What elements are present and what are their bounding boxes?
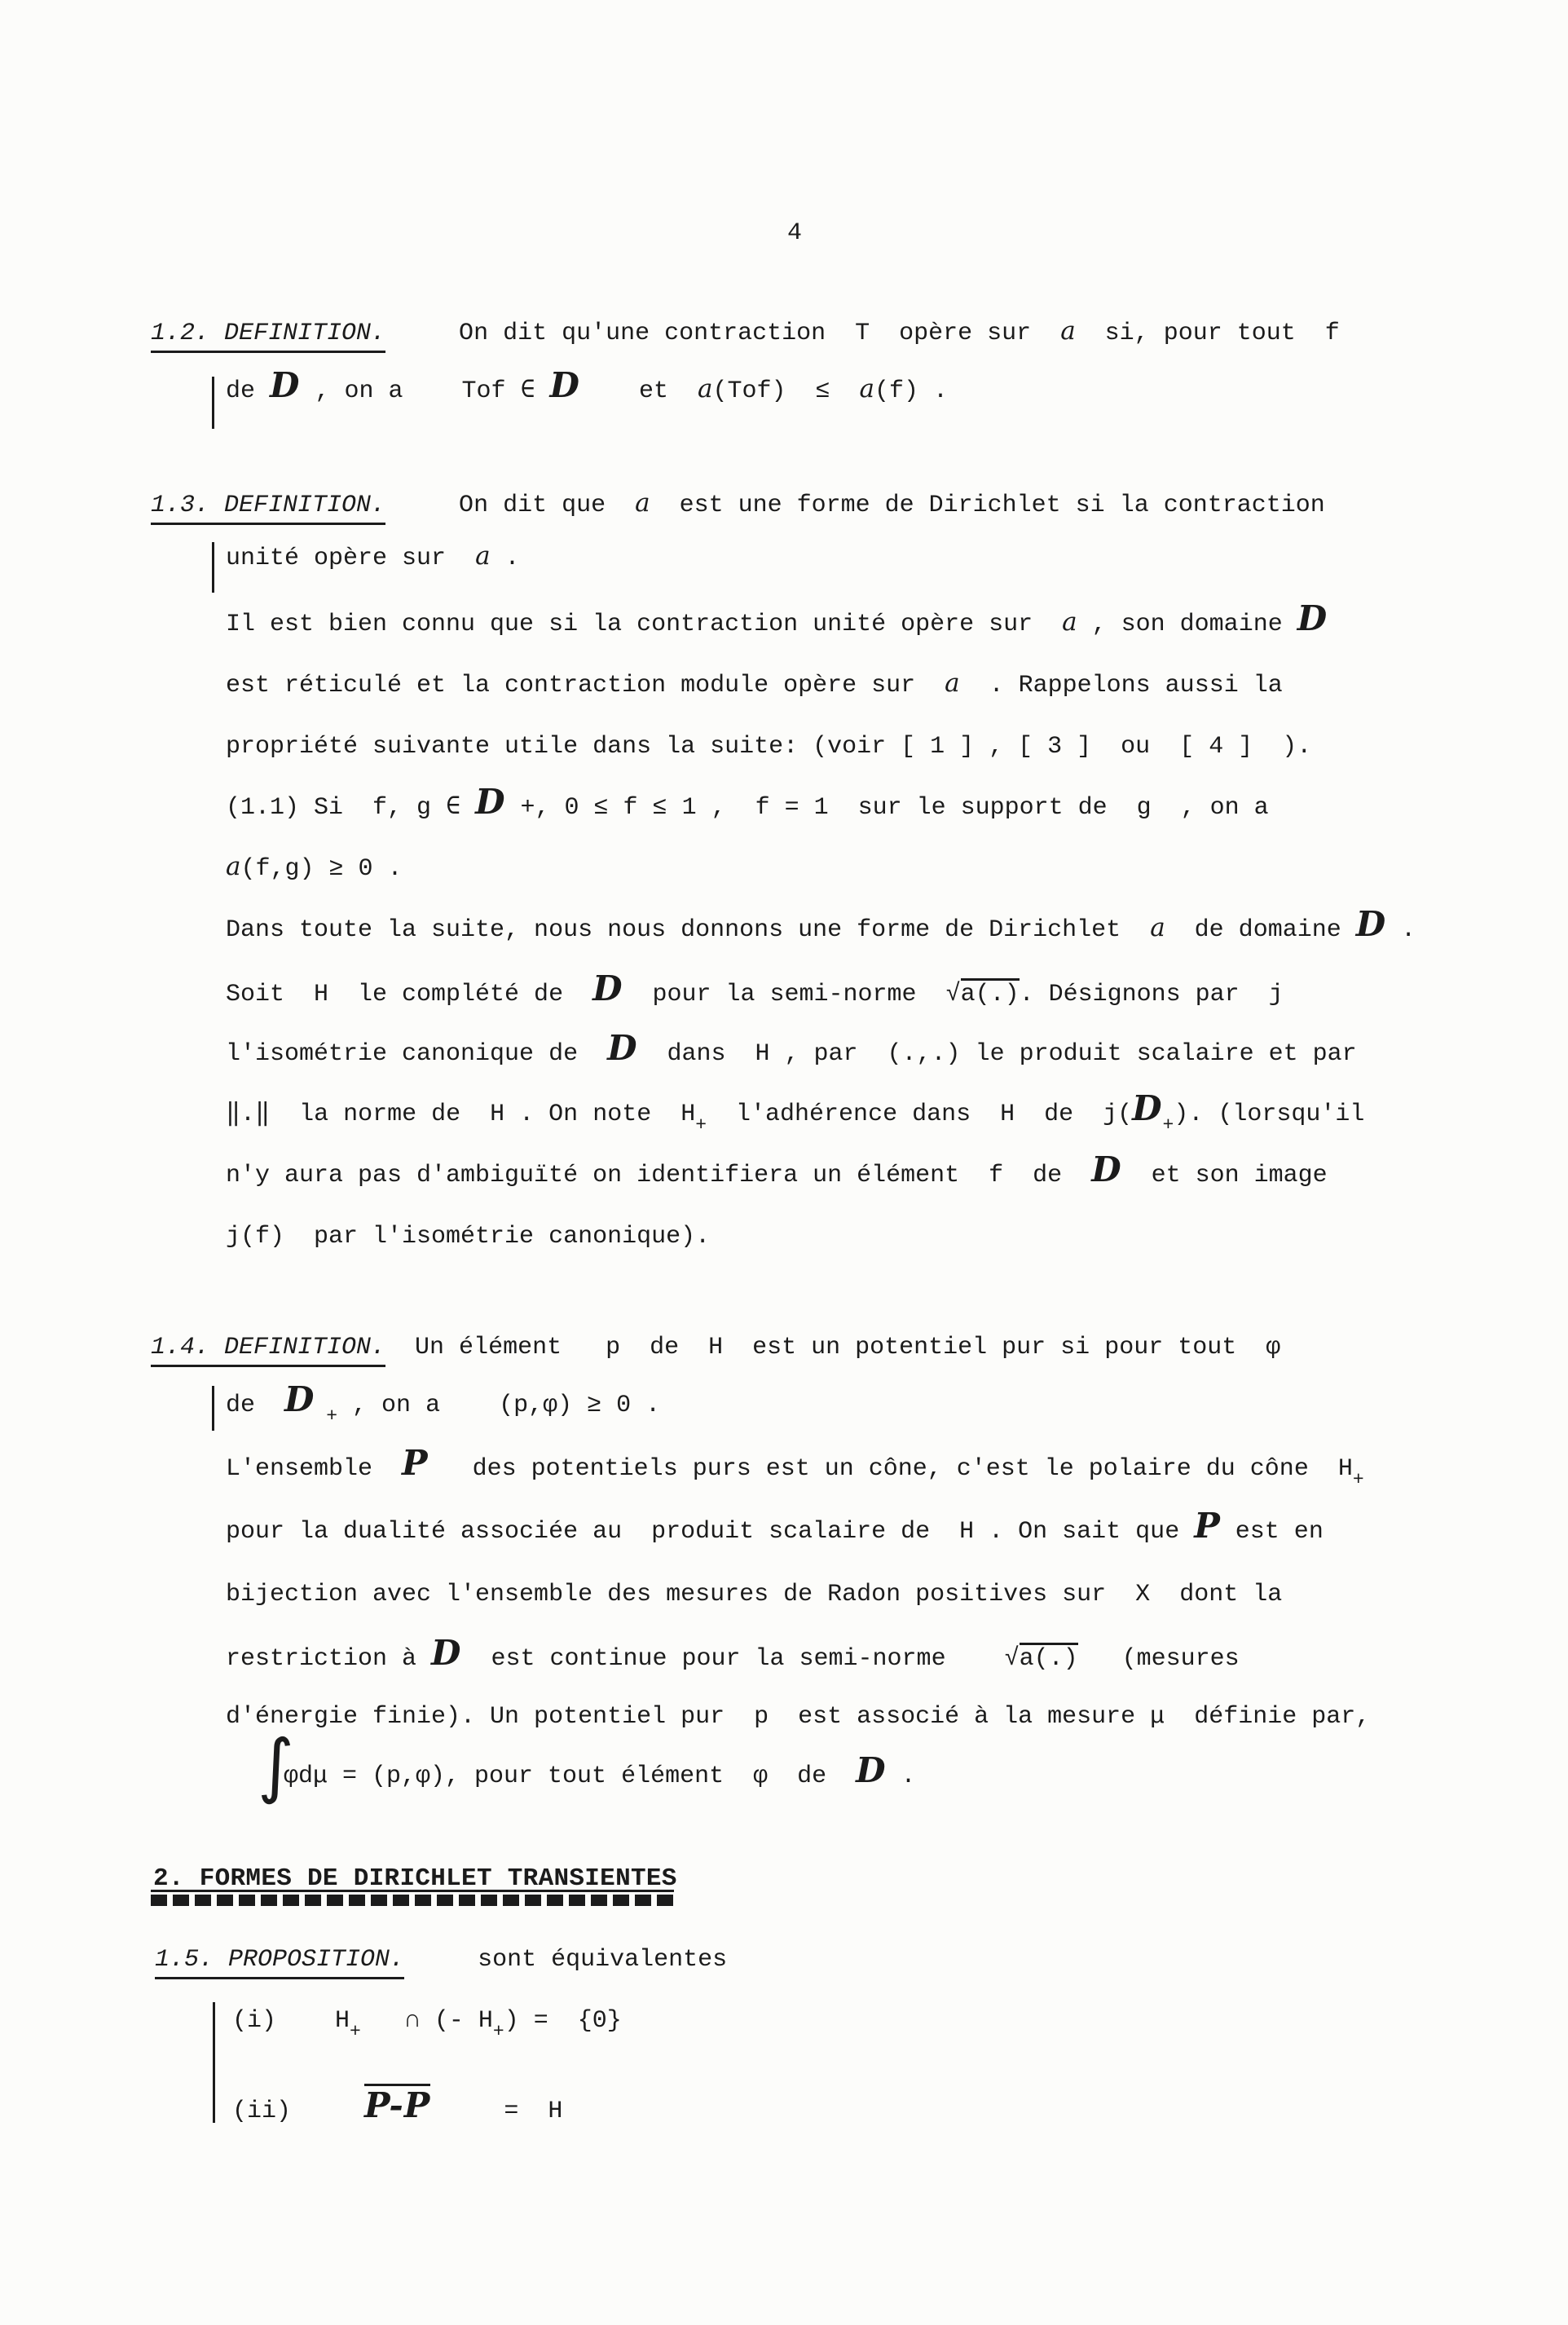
text-segment: Soit H le complété de (226, 981, 592, 1008)
text-segment: Il est bien connu que si la contraction … (226, 611, 1062, 638)
hlabel-segment: 1.3. DEFINITION. (151, 492, 385, 525)
script-segment: D (1091, 1149, 1121, 1189)
text-segment: , on a (p,φ) ≥ 0 . (337, 1392, 660, 1419)
mvar-segment: a (1060, 316, 1075, 346)
margin-bar (213, 2002, 215, 2123)
paragraph-line: est réticulé et la contraction module op… (226, 673, 1283, 699)
text-segment: (i) H (232, 2007, 350, 2035)
paragraph-line: d'énergie finie). Un potentiel pur p est… (226, 1704, 1370, 1730)
text-segment: est en (1221, 1518, 1324, 1546)
mvar-segment: a (698, 374, 712, 404)
text-segment: . (1386, 916, 1416, 944)
text-segment: φdμ = (p,φ), pour tout élément φ de (284, 1762, 856, 1790)
paragraph-line: Soit H le complété de D pour la semi-nor… (226, 978, 1284, 1008)
text-segment: l'isométrie canonique de (226, 1040, 607, 1068)
sub-segment: + (695, 1114, 707, 1136)
margin-bar (212, 377, 214, 429)
text-segment: . Désignons par j (1020, 981, 1284, 1008)
equation-line: a(f,g) ≥ 0 . (226, 856, 403, 882)
text-segment: dans H , par (.,.) le produit scalaire e… (638, 1040, 1357, 1068)
equation-1-1-line: (1.1) Si f, g ∈ D +, 0 ≤ f ≤ 1 , f = 1 s… (226, 795, 1269, 821)
text-segment: est continue pour la semi-norme √ (461, 1645, 1019, 1673)
sub-segment: + (315, 1405, 337, 1427)
section-1-3-body-line: unité opère sur a . (226, 545, 520, 571)
mvar-segment: a (226, 852, 240, 881)
text-segment: est réticulé et la contraction module op… (226, 672, 945, 699)
paragraph-line: ‖.‖ la norme de H . On note H+ l'adhéren… (226, 1101, 1364, 1127)
script-segment: D (284, 1379, 315, 1419)
section-2-heading: 2. FORMES DE DIRICHLET TRANSIENTES (153, 1866, 677, 1892)
text-segment: 4 (787, 219, 802, 247)
mvar-segment: a (1062, 607, 1077, 637)
ovl-segment: a(.) (1020, 1643, 1078, 1673)
script-segment: P (402, 1443, 429, 1483)
script-segment: P (1194, 1506, 1221, 1546)
text-segment: pour la dualité associée au produit scal… (226, 1518, 1194, 1546)
margin-bar (212, 542, 214, 593)
margin-bar (212, 1386, 214, 1431)
hlabel-segment: 1.5. PROPOSITION. (155, 1946, 404, 1979)
text-segment: . (887, 1762, 916, 1790)
scanned-paper-page: 4 1.2. DEFINITION. On dit qu'une contrac… (0, 0, 1568, 2325)
text-segment: ‖.‖ la norme de H . On note H (226, 1101, 695, 1128)
text-segment: l'adhérence dans H de j( (707, 1101, 1132, 1128)
paragraph-line: Dans toute la suite, nous nous donnons u… (226, 917, 1416, 943)
section-2-underline (151, 1890, 674, 1906)
sub-segment: + (350, 2021, 361, 2042)
text-segment: ) = {0} (504, 2007, 622, 2035)
text-segment: On dit que (385, 492, 635, 519)
text-segment: de (226, 1392, 284, 1419)
script-segment: D (856, 1750, 886, 1790)
text-segment: de domaine (1165, 916, 1356, 944)
script-segment: D (270, 365, 300, 405)
proposition-1-5-heading: 1.5. PROPOSITION. sont équivalentes (155, 1947, 727, 1973)
text-segment: j(f) par l'isométrie canonique). (226, 1223, 710, 1251)
mvar-segment: a (945, 668, 959, 698)
text-segment: (f) . (874, 377, 948, 405)
text-segment: des potentiels purs est un cône, c'est l… (429, 1455, 1353, 1483)
hlabel-segment: 1.2. DEFINITION. (151, 320, 385, 353)
text-segment: ∩ (- H (361, 2007, 493, 2035)
script-segment: D (1297, 598, 1328, 638)
section-1-4-body-line: de D + , on a (p,φ) ≥ 0 . (226, 1392, 660, 1418)
text-segment: +, 0 ≤ f ≤ 1 , f = 1 sur le support de g… (506, 794, 1269, 822)
text-segment: 2. FORMES DE DIRICHLET TRANSIENTES (153, 1864, 677, 1893)
script-segment: P-P (364, 2084, 430, 2124)
text-segment: d'énergie finie). Un potentiel pur p est… (226, 1703, 1370, 1731)
text-segment: unité opère sur (226, 545, 475, 572)
paragraph-line: pour la dualité associée au produit scal… (226, 1519, 1324, 1545)
script-segment: D (475, 782, 505, 822)
script-segment: D (607, 1028, 637, 1068)
text-segment: (1.1) Si f, g ∈ (226, 794, 475, 822)
text-segment: . (491, 545, 520, 572)
script-segment: D (592, 968, 623, 1008)
text-segment: Dans toute la suite, nous nous donnons u… (226, 916, 1150, 944)
paragraph-line: propriété suivante utile dans la suite: … (226, 734, 1311, 760)
script-segment: D (431, 1633, 461, 1673)
ovl-segment: a(.) (961, 978, 1020, 1008)
text-segment: est une forme de Dirichlet si la contrac… (650, 492, 1325, 519)
proposition-item-ii: (ii) P-P = H (232, 2084, 562, 2124)
paragraph-line: bijection avec l'ensemble des mesures de… (226, 1582, 1282, 1608)
text-segment: pour la semi-norme √ (623, 981, 961, 1008)
paragraph-line: L'ensemble P des potentiels purs est un … (226, 1456, 1364, 1482)
text-segment: . Rappelons aussi la (960, 672, 1283, 699)
integral-formula-line: φdμ = (p,φ), pour tout élément φ de D . (284, 1763, 916, 1789)
script-segment: D (1356, 904, 1386, 944)
text-segment: (f,g) ≥ 0 . (240, 855, 402, 883)
text-segment: propriété suivante utile dans la suite: … (226, 733, 1311, 761)
text-segment: , on a Tof ∈ (300, 377, 549, 405)
text-segment: = H (430, 2098, 562, 2125)
mvar-segment: a (635, 488, 650, 518)
text-segment: bijection avec l'ensemble des mesures de… (226, 1581, 1282, 1608)
text-segment: On dit qu'une contraction T opère sur (385, 320, 1060, 347)
section-1-2-body-line: de D , on a Tof ∈ D et a(Tof) ≤ a(f) . (226, 378, 948, 404)
paragraph-line: Il est bien connu que si la contraction … (226, 611, 1328, 637)
text-segment: (Tof) ≤ (712, 377, 859, 405)
text-segment: , son domaine (1077, 611, 1297, 638)
text-segment: si, pour tout f (1076, 320, 1340, 347)
proposition-item-i: (i) H+ ∩ (- H+) = {0} (232, 2008, 622, 2034)
section-1-2-heading: 1.2. DEFINITION. On dit qu'une contracti… (151, 320, 1340, 346)
text-segment: n'y aura pas d'ambiguïté on identifiera … (226, 1162, 1091, 1189)
text-segment: et (580, 377, 698, 405)
text-segment: de (226, 377, 270, 405)
text-segment: sont équivalentes (404, 1946, 727, 1974)
text-segment: (ii) (232, 2098, 364, 2125)
text-segment: (mesures (1078, 1645, 1240, 1673)
text-segment: ). (lorsqu'il (1174, 1101, 1364, 1128)
mvar-segment: a (860, 374, 874, 404)
paragraph-line: l'isométrie canonique de D dans H , par … (226, 1041, 1357, 1067)
script-segment: D (550, 365, 580, 405)
text-segment: L'ensemble (226, 1455, 402, 1483)
sub-segment: + (493, 2021, 504, 2042)
hlabel-segment: 1.4. DEFINITION. (151, 1334, 385, 1367)
paragraph-line: j(f) par l'isométrie canonique). (226, 1224, 710, 1250)
mvar-segment: a (1150, 913, 1165, 942)
mvar-segment: a (475, 541, 490, 571)
text-segment: et son image (1122, 1162, 1328, 1189)
page-number: 4 (787, 220, 802, 246)
script-segment: D (1132, 1088, 1162, 1128)
sub-segment: + (1353, 1469, 1364, 1490)
paragraph-line: restriction à D est continue pour la sem… (226, 1643, 1240, 1673)
text-segment: restriction à (226, 1645, 431, 1673)
text-segment: Un élément p de H est un potentiel pur s… (385, 1334, 1280, 1361)
section-1-3-heading: 1.3. DEFINITION. On dit que a est une fo… (151, 492, 1325, 518)
paragraph-line: n'y aura pas d'ambiguïté on identifiera … (226, 1162, 1328, 1189)
sub-segment: + (1163, 1114, 1174, 1136)
section-1-4-heading: 1.4. DEFINITION. Un élément p de H est u… (151, 1335, 1280, 1361)
